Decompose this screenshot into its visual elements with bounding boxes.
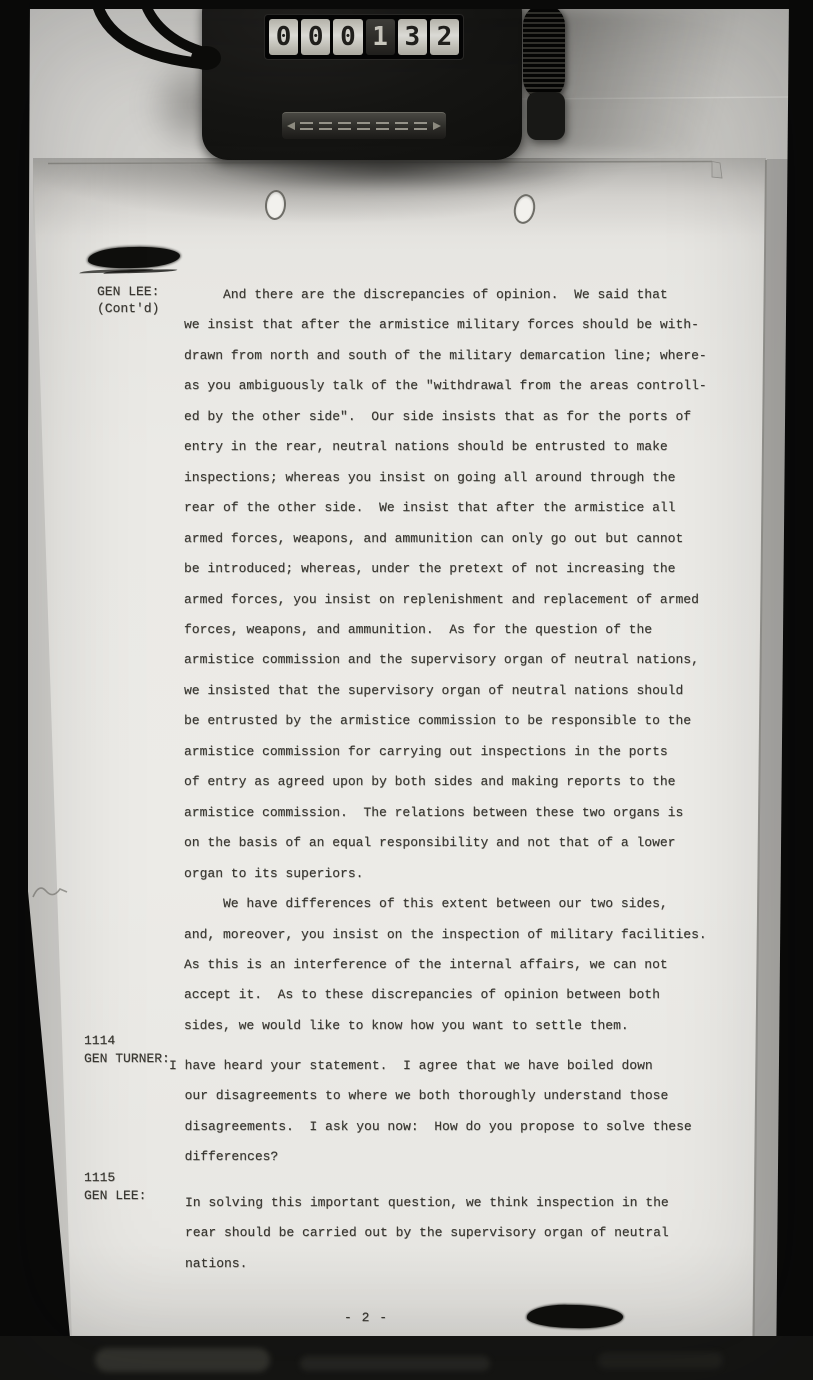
page-number: - 2 - xyxy=(344,1310,388,1326)
entry-number: 1115 xyxy=(84,1169,115,1186)
bottom-band-blob xyxy=(300,1356,490,1371)
bottom-band-blob xyxy=(95,1348,270,1372)
speaker-continuation: (Cont'd) xyxy=(97,301,159,316)
counter-knob-icon xyxy=(523,4,565,100)
film-frame-bottom-edge xyxy=(0,1336,813,1380)
speech-body-gen-lee-contd: And there are the discrepancies of opini… xyxy=(184,280,707,1041)
nameplate-arrow-icon xyxy=(287,122,295,130)
nameplate-arrow-icon xyxy=(433,122,441,130)
counter-digit: 0 xyxy=(333,19,362,55)
counter-digit: 3 xyxy=(398,19,427,55)
speaker-label: GEN LEE:(Cont'd) xyxy=(97,283,159,317)
nameplate-etched-text xyxy=(300,122,428,130)
speaker-name: GEN LEE: xyxy=(97,284,159,299)
speaker-label: GEN TURNER: xyxy=(84,1050,170,1067)
speech-body-gen-turner: I have heard your statement. I agree tha… xyxy=(169,1051,692,1173)
counter-digit: 0 xyxy=(269,19,298,55)
counter-digit: 1 xyxy=(366,19,395,55)
speaker-label: GEN LEE: xyxy=(84,1187,146,1204)
bottom-band-blob xyxy=(598,1352,723,1369)
photostat-scene: GEN LEE:(Cont'd) And there are the discr… xyxy=(0,0,813,1380)
counter-digit: 0 xyxy=(301,19,330,55)
entry-number: 1114 xyxy=(84,1032,115,1049)
film-frame-top-edge xyxy=(0,0,813,9)
counter-digit-window: 0 0 0 1 3 2 xyxy=(264,14,464,60)
speech-body-gen-lee-2: In solving this important question, we t… xyxy=(185,1188,669,1279)
counter-nameplate xyxy=(282,112,446,139)
counter-knob-mount xyxy=(527,92,565,140)
counter-digit: 2 xyxy=(430,19,459,55)
